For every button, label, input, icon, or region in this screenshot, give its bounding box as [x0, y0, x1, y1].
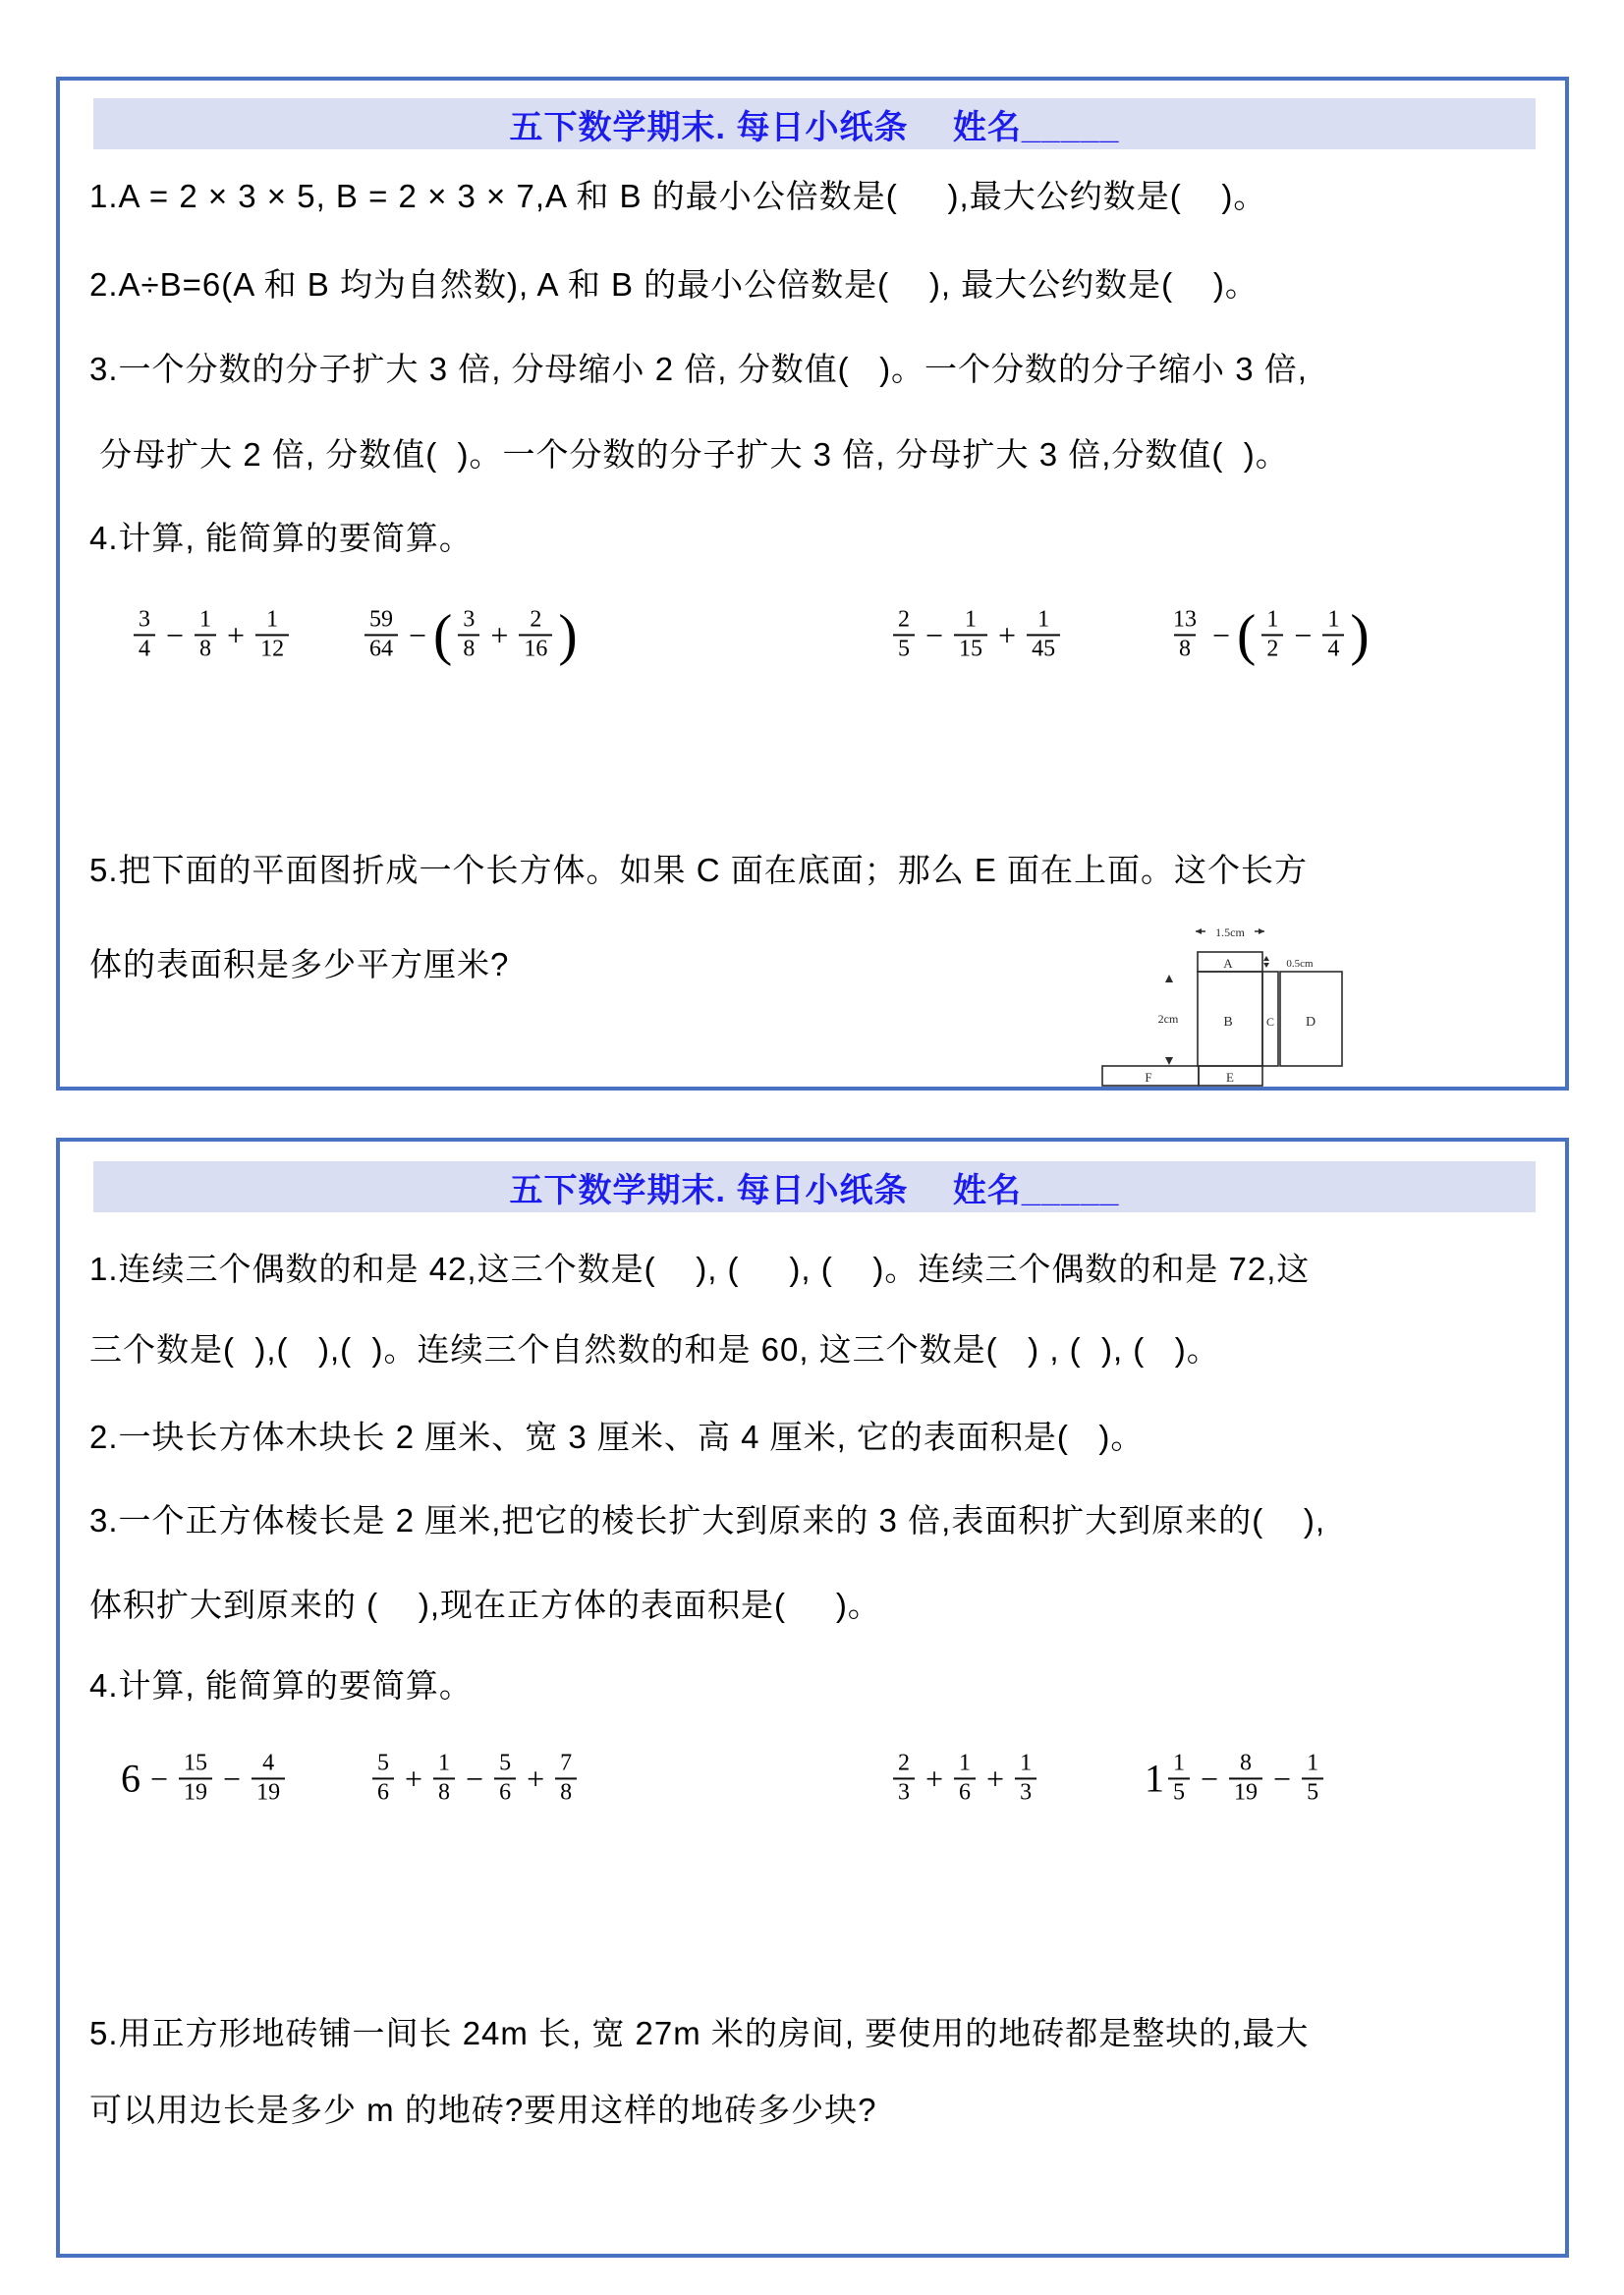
fraction-numerator: 1 [1168, 1750, 1190, 1777]
fraction-denominator: 5 [893, 634, 915, 663]
fraction: 112 [255, 606, 289, 662]
operator: − [1212, 619, 1230, 650]
fraction-denominator: 4 [1322, 634, 1344, 663]
fraction-numerator: 2 [525, 606, 546, 634]
fraction-denominator: 12 [255, 634, 289, 663]
operator: − [150, 1763, 168, 1794]
fraction-numerator: 1 [261, 606, 283, 634]
question-line: 5.把下面的平面图折成一个长方体。如果 C 面在底面；那么 E 面在上面。这个长… [89, 851, 1553, 890]
fraction: 16 [954, 1750, 976, 1806]
fraction-denominator: 8 [1174, 634, 1196, 663]
question-line: 4.计算, 能简算的要简算。 [89, 1666, 1553, 1706]
fraction-numerator: 2 [893, 606, 915, 634]
operator: + [227, 619, 245, 650]
operator: − [466, 1763, 483, 1794]
operator: + [490, 619, 508, 650]
fraction-numerator: 15 [179, 1750, 212, 1777]
operator: − [409, 619, 426, 650]
dim-height-label: 2cm [1158, 1012, 1179, 1026]
fraction-denominator: 6 [494, 1777, 516, 1807]
fraction-numerator: 5 [494, 1750, 516, 1777]
fraction-denominator: 6 [372, 1777, 394, 1807]
fraction: 18 [195, 606, 216, 662]
operator: + [986, 1763, 1004, 1794]
integer: 1 [1145, 1759, 1164, 1798]
fraction: 115 [954, 606, 987, 662]
question-line: 1.连续三个偶数的和是 42,这三个数是( ), ( ), ( )。连续三个偶数… [89, 1250, 1553, 1289]
question-line: 2.A÷B=6(A 和 B 均为自然数), A 和 B 的最小公倍数是( ), … [89, 265, 1553, 305]
fraction-denominator: 3 [1015, 1777, 1036, 1807]
fraction-numerator: 2 [893, 1750, 915, 1777]
sheet2-header-bar: 五下数学期末. 每日小纸条 姓名_____ [93, 1161, 1536, 1212]
fraction: 138 [1168, 606, 1202, 662]
fraction-denominator: 5 [1302, 1777, 1323, 1807]
fraction-numerator: 59 [364, 606, 398, 634]
question-line: 分母扩大 2 倍, 分数值( )。一个分数的分子扩大 3 倍, 分母扩大 3 倍… [89, 435, 1553, 475]
fraction-denominator: 64 [364, 634, 398, 663]
face-c-label: C [1266, 1015, 1274, 1029]
dim-depth-label: 0.5cm [1286, 958, 1314, 970]
fraction: 15 [1168, 1750, 1190, 1806]
fraction: 13 [1015, 1750, 1036, 1806]
fraction: 78 [555, 1750, 577, 1806]
fraction-numerator: 1 [433, 1750, 455, 1777]
sheet1-header-bar: 五下数学期末. 每日小纸条 姓名_____ [93, 98, 1536, 149]
box-net-diagram: 1.5cm A B C D E F 0.5cm 2cm [1097, 916, 1355, 1096]
question-line: 3.一个分数的分子扩大 3 倍, 分母缩小 2 倍, 分数值( )。一个分数的分… [89, 350, 1553, 389]
operator: − [166, 619, 184, 650]
face-e-label: E [1226, 1070, 1234, 1085]
fraction: 14 [1322, 606, 1344, 662]
fraction-numerator: 1 [954, 1750, 976, 1777]
math-expression: 23+16+13 [888, 1750, 1041, 1806]
fraction-numerator: 1 [960, 606, 981, 634]
math-expression: 56+18−56+78 [367, 1750, 582, 1806]
fraction: 5964 [364, 606, 398, 662]
fraction: 38 [458, 606, 479, 662]
fraction-numerator: 7 [555, 1750, 577, 1777]
fraction-denominator: 45 [1027, 634, 1060, 663]
question-line: 5.用正方形地砖铺一间长 24m 长, 宽 27m 米的房间, 要使用的地砖都是… [89, 2014, 1553, 2053]
fraction: 216 [519, 606, 552, 662]
fraction-denominator: 5 [1168, 1777, 1190, 1807]
face-d-label: D [1306, 1015, 1316, 1030]
fraction-denominator: 6 [954, 1777, 976, 1807]
fraction-numerator: 1 [1322, 606, 1344, 634]
fraction: 23 [893, 1750, 915, 1806]
fraction-numerator: 1 [1015, 1750, 1036, 1777]
fraction-denominator: 2 [1261, 634, 1283, 663]
question-line: 三个数是( ),( ),( )。连续三个自然数的和是 60, 这三个数是( ) … [89, 1330, 1553, 1370]
operator: + [998, 619, 1016, 650]
fraction: 1519 [179, 1750, 212, 1806]
fraction: 12 [1261, 606, 1283, 662]
face-b-label: B [1223, 1015, 1232, 1030]
math-expression: 6−1519−419 [117, 1750, 290, 1806]
fraction: 25 [893, 606, 915, 662]
fraction-numerator: 4 [257, 1750, 279, 1777]
fraction: 56 [372, 1750, 394, 1806]
question-line: 1.A = 2 × 3 × 5, B = 2 × 3 × 7,A 和 B 的最小… [89, 177, 1553, 216]
fraction-numerator: 1 [1033, 606, 1054, 634]
fraction-numerator: 5 [372, 1750, 394, 1777]
fraction: 419 [252, 1750, 285, 1806]
fraction: 145 [1027, 606, 1060, 662]
fraction-numerator: 8 [1235, 1750, 1257, 1777]
worksheet-card-2: 五下数学期末. 每日小纸条 姓名_____ 1.连续三个偶数的和是 42,这三个… [56, 1138, 1569, 2258]
operator: − [925, 619, 943, 650]
fraction-numerator: 3 [458, 606, 479, 634]
fraction-denominator: 19 [252, 1777, 285, 1807]
parenthesis: ( [1237, 610, 1256, 658]
math-expression: 138−(12−14) [1163, 606, 1371, 662]
integer: 6 [121, 1759, 140, 1798]
fraction: 34 [134, 606, 155, 662]
fraction-denominator: 3 [893, 1777, 915, 1807]
question-line: 2.一块长方体木块长 2 厘米、宽 3 厘米、高 4 厘米, 它的表面积是( )… [89, 1418, 1553, 1457]
calc-expressions-row: 6−1519−419 56+18−56+78 23+16+13 115−819−… [89, 1733, 1536, 1823]
fraction-denominator: 8 [458, 634, 479, 663]
fraction: 819 [1229, 1750, 1262, 1806]
fraction-denominator: 8 [195, 634, 216, 663]
worksheet-page: 五下数学期末. 每日小纸条 姓名_____ 1.A = 2 × 3 × 5, B… [0, 0, 1624, 2295]
calc-expressions-row: 34−18+112 5964−(38+216) 25−115+145 138−(… [89, 589, 1536, 680]
math-expression: 34−18+112 [129, 606, 294, 662]
face-f-label: F [1145, 1070, 1151, 1085]
fraction-numerator: 1 [195, 606, 216, 634]
fraction: 15 [1302, 1750, 1323, 1806]
dim-width-label: 1.5cm [1215, 925, 1245, 939]
face-a-label: A [1223, 956, 1233, 971]
worksheet-card-1: 五下数学期末. 每日小纸条 姓名_____ 1.A = 2 × 3 × 5, B… [56, 77, 1569, 1091]
fraction-denominator: 16 [519, 634, 552, 663]
fraction-numerator: 3 [134, 606, 155, 634]
operator: + [925, 1763, 943, 1794]
fraction-denominator: 19 [1229, 1777, 1262, 1807]
fraction-denominator: 8 [555, 1777, 577, 1807]
operator: − [223, 1763, 241, 1794]
math-expression: 115−819−15 [1141, 1750, 1328, 1806]
parenthesis: ( [433, 610, 452, 658]
math-expression: 25−115+145 [888, 606, 1065, 662]
math-expression: 5964−(38+216) [360, 606, 579, 662]
parenthesis: ) [558, 610, 577, 658]
operator: + [405, 1763, 422, 1794]
fraction-denominator: 8 [433, 1777, 455, 1807]
question-line: 体积扩大到原来的 ( ),现在正方体的表面积是( )。 [89, 1586, 1553, 1625]
fraction-numerator: 1 [1261, 606, 1283, 634]
operator: + [527, 1763, 544, 1794]
fraction-denominator: 4 [134, 634, 155, 663]
operator: − [1201, 1763, 1218, 1794]
fraction: 18 [433, 1750, 455, 1806]
parenthesis: ) [1350, 610, 1369, 658]
sheet2-title: 五下数学期末. 每日小纸条 姓名_____ [510, 1163, 1120, 1211]
operator: − [1273, 1763, 1291, 1794]
fraction: 56 [494, 1750, 516, 1806]
sheet1-title: 五下数学期末. 每日小纸条 姓名_____ [510, 100, 1120, 148]
fraction-numerator: 1 [1302, 1750, 1323, 1777]
question-line: 3.一个正方体棱长是 2 厘米,把它的棱长扩大到原来的 3 倍,表面积扩大到原来… [89, 1501, 1553, 1540]
fraction-denominator: 15 [954, 634, 987, 663]
fraction-denominator: 19 [179, 1777, 212, 1807]
question-line: 可以用边长是多少 m 的地砖?要用这样的地砖多少块? [89, 2091, 1553, 2130]
operator: − [1294, 619, 1312, 650]
question-line: 4.计算, 能简算的要简算。 [89, 519, 1553, 558]
fraction-numerator: 13 [1168, 606, 1202, 634]
